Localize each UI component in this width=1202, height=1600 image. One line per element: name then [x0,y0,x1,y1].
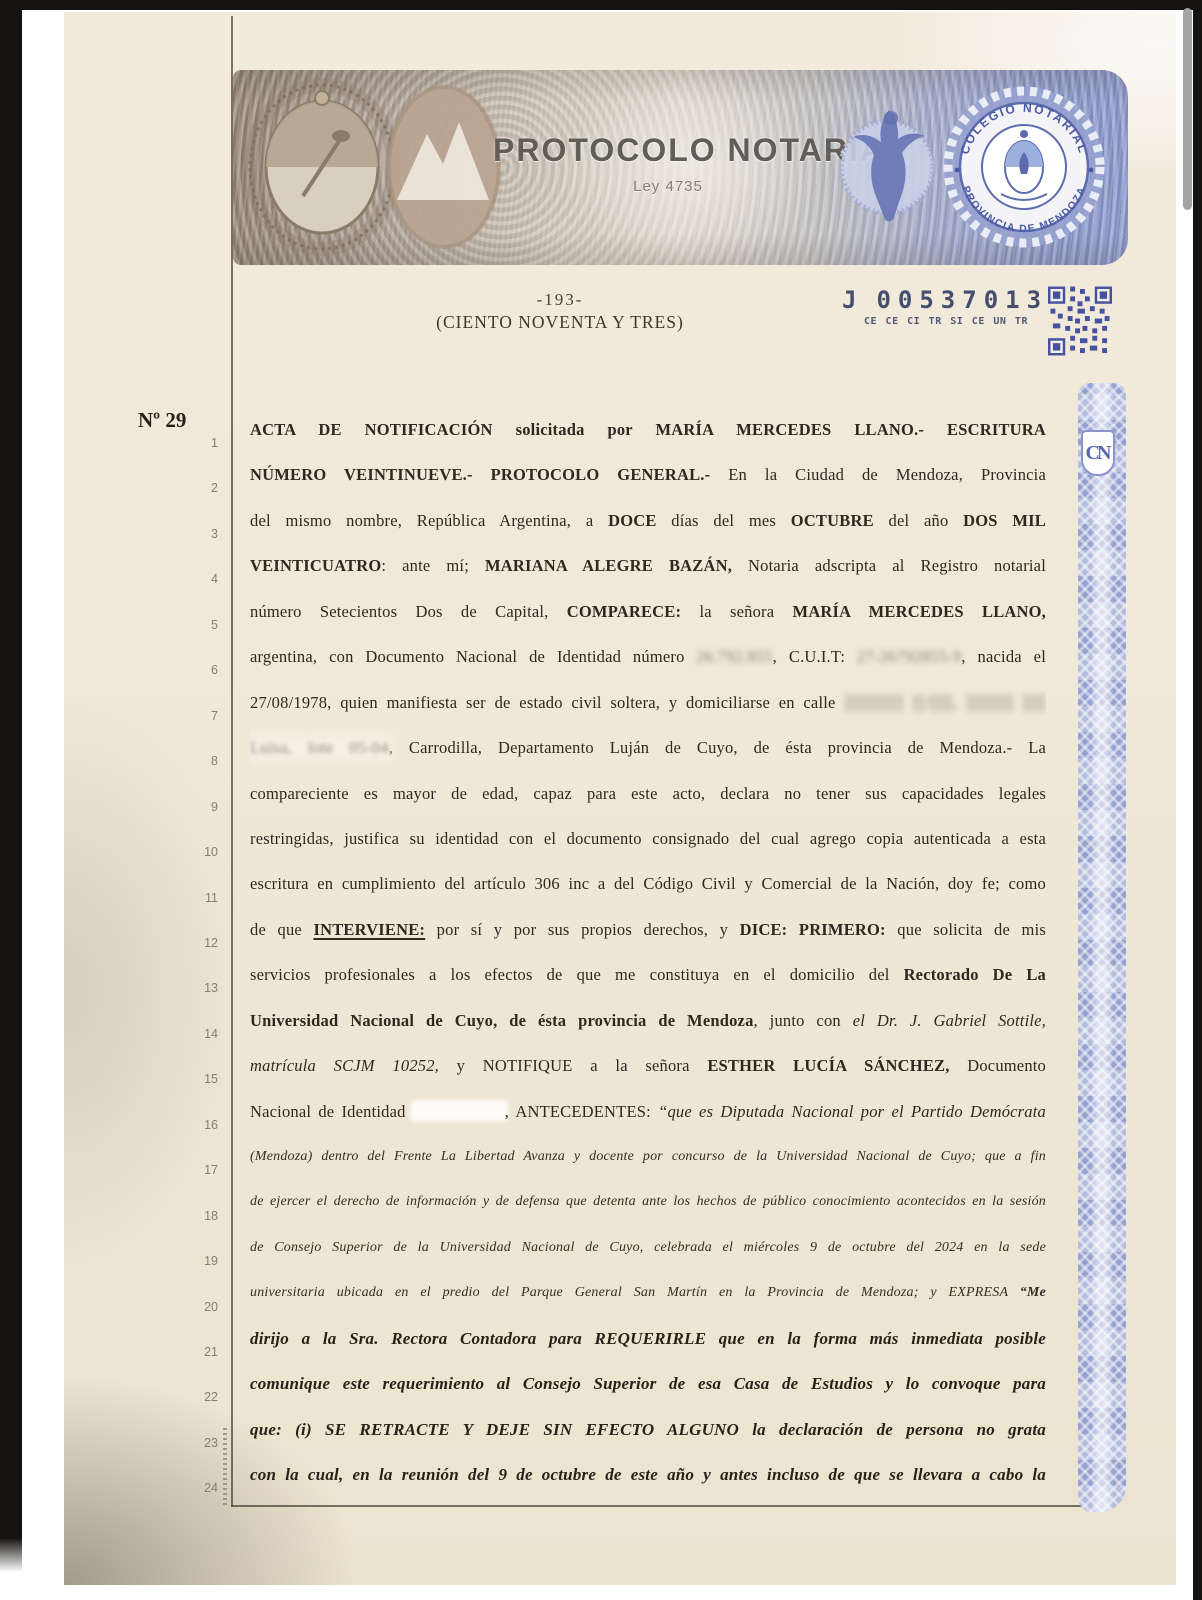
cn-monogram: CN [1086,442,1109,465]
margin-line-number: 3 [186,527,218,541]
angel-watermark-icon [839,82,935,252]
margin-line-number: 17 [186,1163,218,1177]
text-segment: con la cual, en la reunión del 9 de octu… [250,1465,1046,1484]
deed-text-line: argentina, con Documento Nacional de Ide… [250,634,1046,679]
text-segment: MARIANA ALEGRE BAZÁN, [485,556,732,575]
deed-text-line: (Mendoza) dentro del Frente La Libertad … [250,1134,1046,1179]
deed-text-line: dirijo a la Sra. Rectora Contadora para … [250,1316,1046,1361]
margin-line-number: 4 [186,572,218,586]
banner-law-number: Ley 4735 [493,178,843,195]
margin-line-number: 15 [186,1072,218,1086]
text-segment: comunique este requerimiento al Consejo … [250,1374,1046,1393]
text-segment: del mismo nombre, República Argentina, a [250,511,608,530]
text-segment: Nacional de Identidad [250,1102,413,1121]
text-segment: días del mes [657,511,791,530]
deed-text-line: comunique este requerimiento al Consejo … [250,1361,1046,1406]
text-segment: COMPARECE: [567,602,681,621]
text-segment: de que [250,920,313,939]
redacted-text: 27-26792855-9 [857,647,961,666]
margin-line-number: 6 [186,663,218,677]
folio-number: -193- [380,290,740,310]
margin-line-number: 22 [186,1390,218,1404]
deed-text-line: Nacional de Identidad , ANTECEDENTES: “q… [250,1089,1046,1134]
folio-number-words: (CIENTO NOVENTA Y TRES) [380,312,740,333]
deed-text-line: número Setecientos Dos de Capital, COMPA… [250,589,1046,634]
protocol-banner: PROTOCOLO NOTARIAL Ley 4735 COLEGIO NOTA… [233,70,1128,265]
text-segment: “que es Diputada Nacional por el Partido… [658,1102,1046,1121]
deed-text-line: de ejercer el derecho de información y d… [250,1179,1046,1224]
text-segment: Universidad Nacional de Cuyo, de ésta pr… [250,1011,754,1030]
serial-number: J00537013 [842,286,1042,314]
text-segment: la señora [681,602,792,621]
margin-line-number: 21 [186,1345,218,1359]
text-segment: (Mendoza) dentro del Frente La Libertad … [250,1149,1046,1164]
text-segment: servicios profesionales a los efectos de… [250,965,904,984]
text-segment: escritura en cumplimiento del artículo 3… [250,874,1046,893]
text-segment: OCTUBRE [791,511,874,530]
text-segment: , C.U.I.T: [773,647,857,666]
argentina-coat-of-arms-icon [241,76,403,258]
text-segment: , junto con [754,1011,853,1030]
deed-text-line: servicios profesionales a los efectos de… [250,952,1046,997]
text-segment: número Setecientos Dos de Capital, [250,602,567,621]
text-segment: el Dr. J. Gabriel Sottile, [853,1011,1046,1030]
text-segment: restringidas, justifica su identidad con… [250,829,1046,848]
margin-line-number: 1 [186,436,218,450]
text-segment: : ante mí; [381,556,485,575]
margin-vertical-rule [231,16,233,1507]
act-number: Nº 29 [138,408,186,433]
text-segment: del año [874,511,963,530]
cn-shield-icon: CN [1081,430,1115,476]
text-segment: Documento [950,1056,1046,1075]
serial-digits: 00537013 [876,286,1048,314]
text-segment: VEINTICUATRO [250,556,381,575]
margin-line-number: 16 [186,1118,218,1132]
document-viewer: PROTOCOLO NOTARIAL Ley 4735 COLEGIO NOTA… [0,0,1202,1600]
deed-text-line: ACTA DE NOTIFICACIÓN solicitada por MARÍ… [250,407,1046,452]
margin-line-number: 14 [186,1027,218,1041]
text-segment: ESTHER LUCÍA SÁNCHEZ, [707,1056,949,1075]
text-segment: , nacida el [961,647,1046,666]
serial-prefix: J [842,286,856,314]
text-segment: DOS MIL [963,511,1046,530]
deed-text-line: VEINTICUATRO: ante mí; MARIANA ALEGRE BA… [250,543,1046,588]
redacted-text: 26.792.855 [696,647,772,666]
deed-text-line: Universidad Nacional de Cuyo, de ésta pr… [250,998,1046,1043]
text-segment: argentina, con Documento Nacional de Ide… [250,647,696,666]
text-segment: que solicita de mis [886,920,1046,939]
text-segment: solicitada por [516,420,656,439]
text-segment: MARÍA MERCEDES LLANO, [793,602,1046,621]
colegio-notarial-seal-icon: COLEGIO NOTARIAL PROVINCIA DE MENDOZA [939,82,1109,252]
text-segment: 27/08/1978, quien manifiesta ser de esta… [250,693,844,712]
deed-text-line: restringidas, justifica su identidad con… [250,816,1046,861]
text-segment: , Carrodilla, Departamento Luján de Cuyo… [389,738,1046,757]
text-segment: NÚMERO VEINTINUEVE.- PROTOCOLO GENERAL.- [250,465,710,484]
text-segment: dirijo a la Sra. Rectora Contadora para … [250,1329,1046,1348]
text-segment: que: (i) SE RETRACTE Y DEJE SIN EFECTO A… [250,1420,1046,1439]
margin-line-number: 20 [186,1300,218,1314]
deed-text-line: de que INTERVIENE: por sí y por sus prop… [250,907,1046,952]
margin-line-number: 23 [186,1436,218,1450]
margin-line-number: 7 [186,709,218,723]
text-block-bottom-rule [231,1505,1087,1507]
margin-line-number: 12 [186,936,218,950]
text-segment: MARÍA MERCEDES LLANO.- ESCRITURA [656,420,1047,439]
margin-line-number: 18 [186,1209,218,1223]
redaction-box [413,1103,505,1119]
text-segment: y NOTIFIQUE a la señora [439,1056,707,1075]
serial-control-row: CE CE CI TR SI CE UN TR [864,316,1054,327]
text-segment: “Me [1020,1285,1046,1300]
text-segment: ACTA DE NOTIFICACIÓN [250,420,516,439]
margin-line-number: 8 [186,754,218,768]
text-segment: Rectorado De La [904,965,1046,984]
redacted-text: ▒▒▒▒▒ ▒/▒▒, ▒▒▒▒ ▒▒ [844,693,1046,712]
deed-text-line: que: (i) SE RETRACTE Y DEJE SIN EFECTO A… [250,1407,1046,1452]
text-segment: En la Ciudad de Mendoza, Provincia [710,465,1046,484]
margin-microtext [223,1428,227,1506]
margin-line-number: 9 [186,800,218,814]
deed-text-line: escritura en cumplimiento del artículo 3… [250,861,1046,906]
margin-line-numbers: 123456789101112131415161718192021222324 [186,0,222,1600]
qr-code [1048,286,1112,356]
margin-line-number: 19 [186,1254,218,1268]
deed-text-line: de Consejo Superior de la Universidad Na… [250,1225,1046,1270]
text-segment: matrícula SCJM 10252, [250,1056,439,1075]
deed-text-line: compareciente es mayor de edad, capaz pa… [250,771,1046,816]
deed-text-line: matrícula SCJM 10252, y NOTIFIQUE a la s… [250,1043,1046,1088]
margin-line-number: 11 [186,891,218,905]
deed-text-line: universitaria ubicada en el predio del P… [250,1270,1046,1315]
deed-text-line: del mismo nombre, República Argentina, a… [250,498,1046,543]
deed-text-line: 27/08/1978, quien manifiesta ser de esta… [250,680,1046,725]
text-segment: DICE: PRIMERO: [740,920,886,939]
mountain-vignette [385,82,503,252]
banner-title: PROTOCOLO NOTARIAL [493,132,843,169]
text-segment: de Consejo Superior de la Universidad Na… [250,1240,1046,1255]
text-segment: por sí y por sus propios derechos, y [425,920,739,939]
margin-line-number: 24 [186,1481,218,1495]
security-band [1078,383,1126,1512]
text-segment: universitaria ubicada en el predio del P… [250,1285,1020,1300]
text-segment: de ejercer el derecho de información y d… [250,1194,1046,1209]
deed-text-line: con la cual, en la reunión del 9 de octu… [250,1452,1046,1497]
deed-text-line: NÚMERO VEINTINUEVE.- PROTOCOLO GENERAL.-… [250,452,1046,497]
text-segment: compareciente es mayor de edad, capaz pa… [250,784,1046,803]
deed-body-text: ACTA DE NOTIFICACIÓN solicitada por MARÍ… [250,407,1046,1498]
deed-text-line: Luisa, lote 05-04, Carrodilla, Departame… [250,725,1046,770]
redacted-text: Luisa, lote 05-04 [250,738,389,757]
page-edge-fade [0,1538,23,1600]
margin-line-number: 13 [186,981,218,995]
text-segment: INTERVIENE: [313,920,425,939]
text-segment: DOCE [608,511,656,530]
margin-line-number: 2 [186,481,218,495]
text-segment: Notaria adscripta al Registro notarial [732,556,1046,575]
margin-line-number: 10 [186,845,218,859]
text-segment: , ANTECEDENTES: [505,1102,658,1121]
margin-line-number: 5 [186,618,218,632]
scrollbar-thumb[interactable] [1183,8,1192,210]
